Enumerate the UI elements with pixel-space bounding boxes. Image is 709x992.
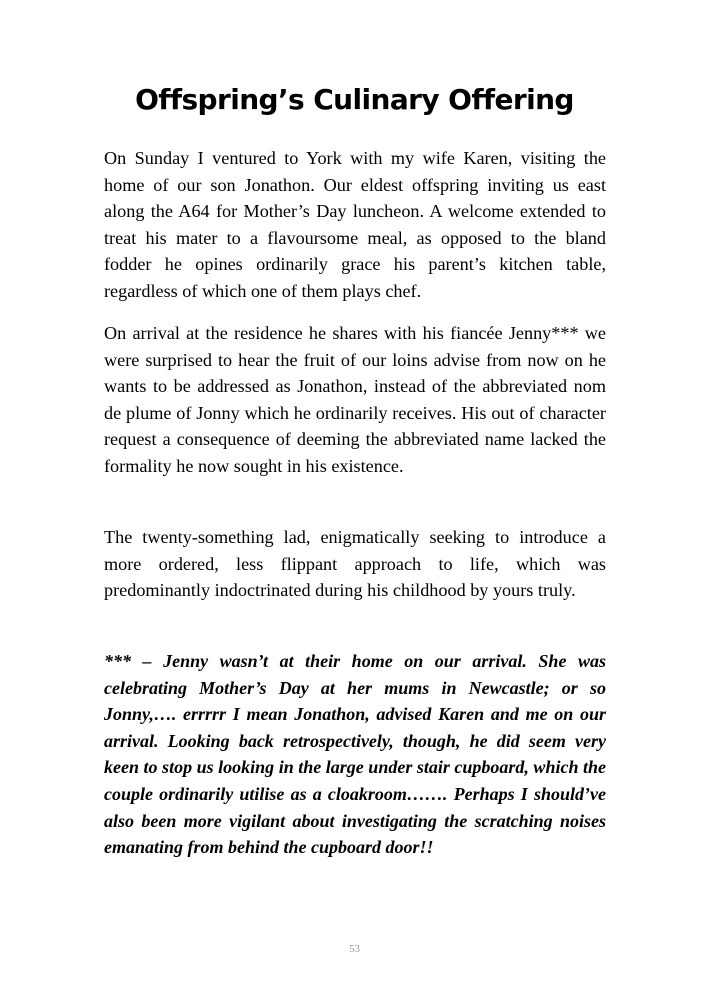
- footnote: *** – Jenny wasn’t at their home on our …: [104, 648, 606, 861]
- document-page: Offspring’s Culinary Offering On Sunday …: [0, 0, 709, 992]
- page-title: Offspring’s Culinary Offering: [0, 80, 709, 120]
- paragraph-2: On arrival at the residence he shares wi…: [104, 320, 606, 480]
- paragraph-1: On Sunday I ventured to York with my wif…: [104, 145, 606, 305]
- paragraph-3: The twenty-something lad, enigmatically …: [104, 524, 606, 604]
- page-number: 53: [0, 943, 709, 955]
